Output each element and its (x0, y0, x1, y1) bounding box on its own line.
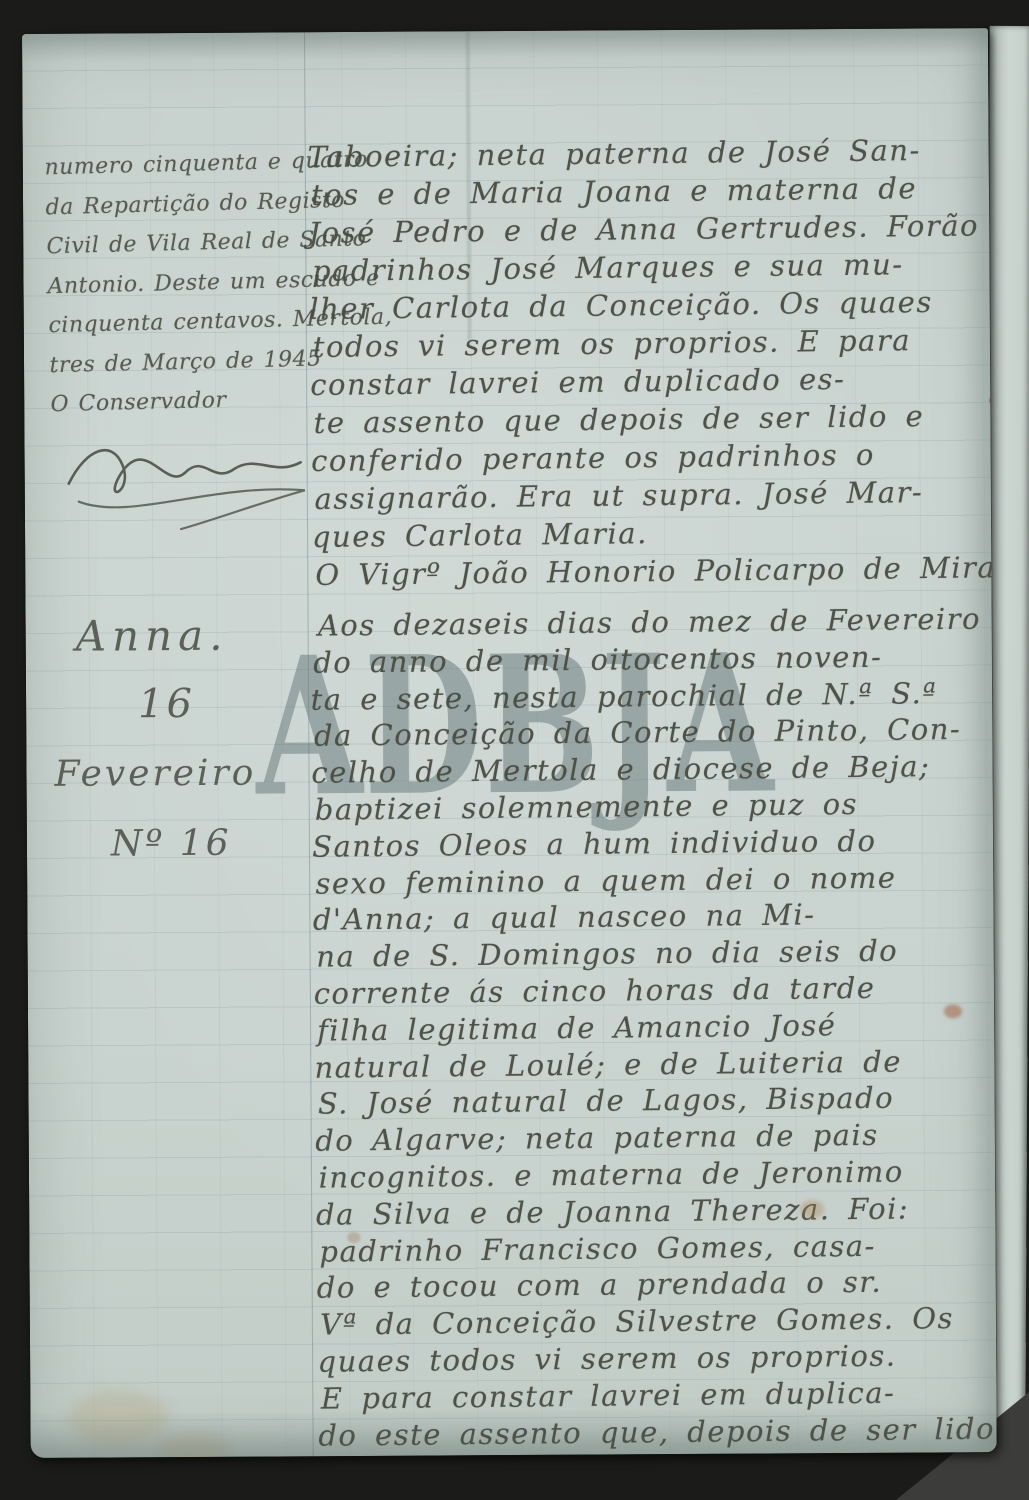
margin-note-line: cinquenta centavos. Mértola, (48, 300, 305, 346)
manuscript-line: assignarão. Era ut supra. José Mar- (314, 472, 983, 518)
entry-margin-number: Nº 16 (111, 823, 232, 865)
margin-note-line: O Conservador (50, 379, 307, 425)
manuscript-line: sexo feminino a quem dei o nome (315, 858, 988, 902)
register-page: ADBJA numero cinquenta e quatro da Repar… (22, 28, 997, 1458)
margin-note-line: Civil de Vila Real de Santo (46, 221, 303, 267)
manuscript-line: O Vigrº João Honorio Policarpo de Mira. (315, 548, 984, 594)
entry-margin-name: Anna. (76, 611, 229, 661)
conservador-signature (60, 424, 311, 536)
manuscript-line: S. José natural de Lagos, Bispado (318, 1079, 991, 1123)
entry-margin-month: Fevereiro (54, 753, 256, 795)
manuscript-line: te assento que depois de ser lido e (313, 396, 982, 442)
paper-stain (159, 1431, 229, 1458)
record-continuation-text: Taboeira; neta paterna de José San- tos … (307, 130, 984, 594)
manuscript-line: todos vi serem os proprios. E para (313, 320, 982, 366)
margin-note-1945: numero cinquenta e quatro da Repartição … (44, 142, 307, 425)
baptism-record-text: Aos dezaseis dias do mez de Fevereiro do… (310, 601, 995, 1454)
margin-note-line: Antonio. Deste um escudo e (47, 260, 304, 306)
manuscript-line: Aos dezaseis dias do mez de Fevereiro (310, 601, 986, 645)
manuscript-line: do este assento que, depois de ser lido (318, 1410, 994, 1454)
margin-note-line: da Repartição do Registo (45, 181, 302, 227)
manuscript-line: E para constar lavrei em duplica- (321, 1373, 994, 1417)
margin-note-line: tres de Março de 1945 (49, 339, 306, 385)
margin-note-line: numero cinquenta e quatro (44, 142, 301, 188)
manuscript-line: na de S. Domingos no dia seis do (316, 932, 989, 976)
entry-margin-day: 16 (138, 681, 195, 727)
manuscript-line: da Silva e de Joanna Thereza. Foi: (316, 1189, 992, 1233)
manuscript-line: celho de Mertola e diocese de Beja; (311, 748, 987, 792)
paper-stain (68, 1389, 168, 1445)
scanned-register-photo: ADBJA numero cinquenta e quatro da Repar… (0, 0, 1029, 1500)
